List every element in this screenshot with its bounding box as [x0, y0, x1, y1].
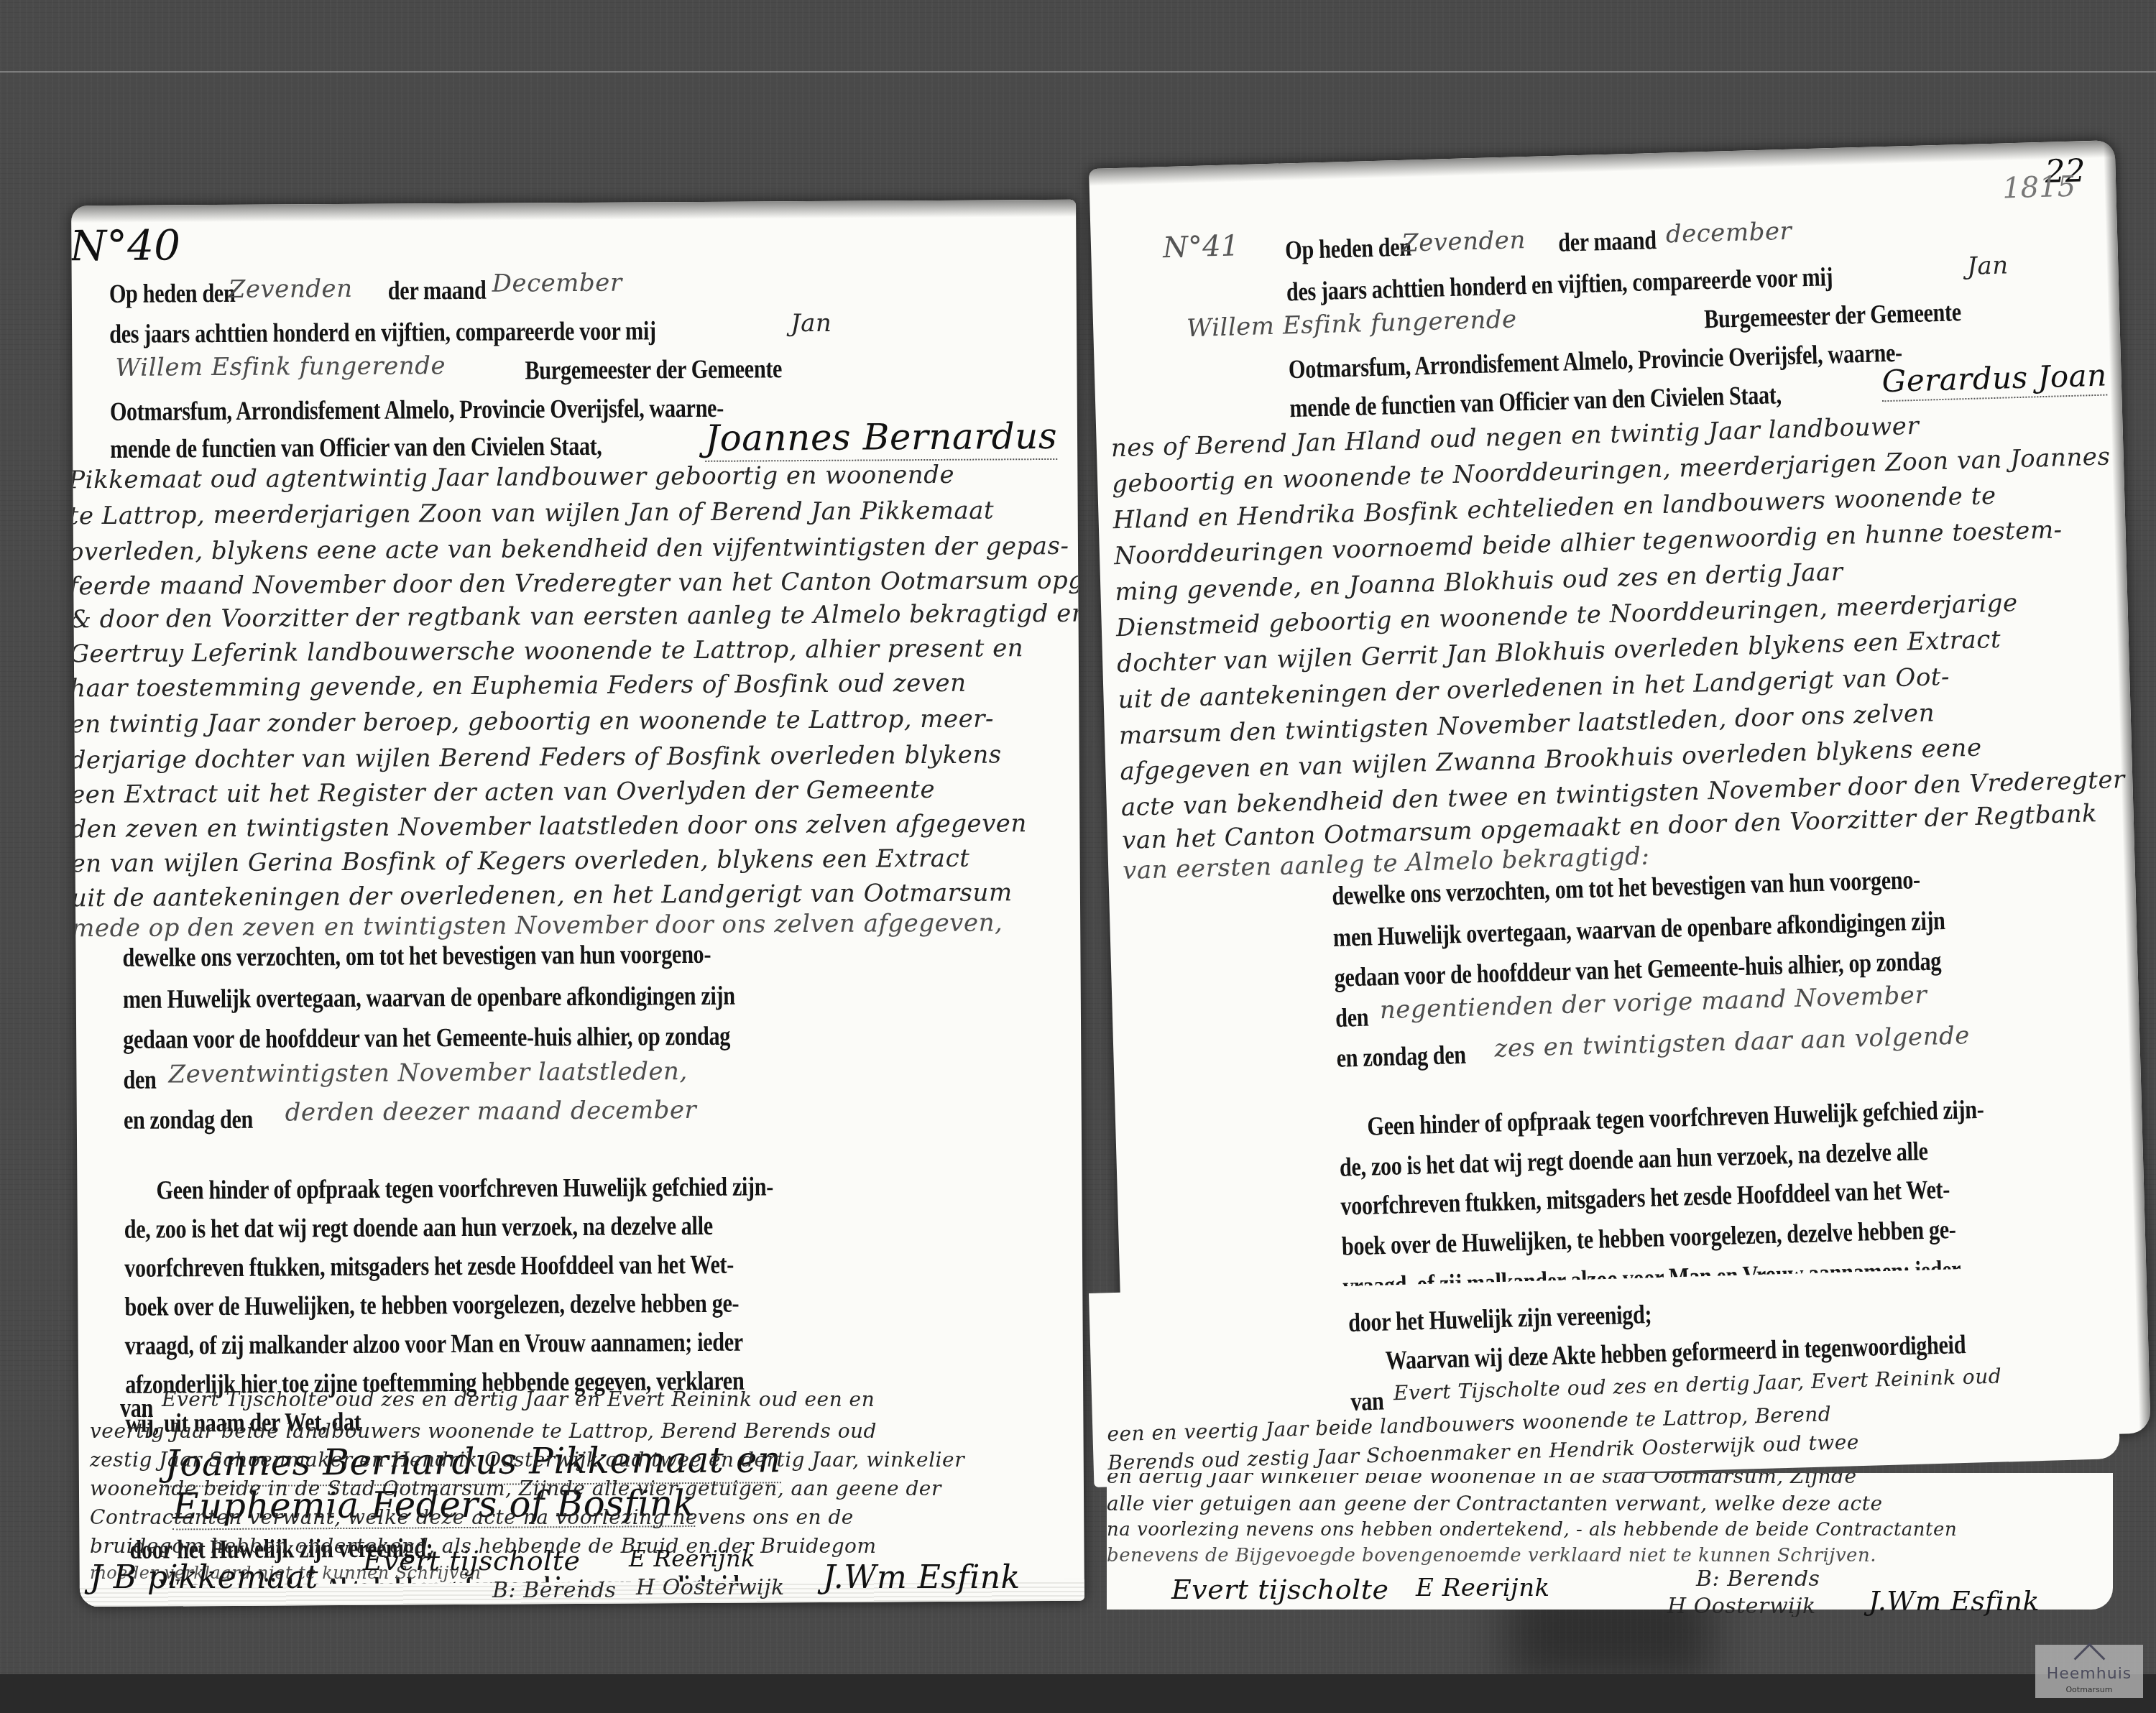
handwritten-line: en twintig Jaar zonder beroep, geboortig…	[71, 704, 994, 739]
handwritten-line: & door den Voorzitter der regtbank van e…	[71, 599, 1084, 634]
printed-line: den	[123, 1065, 156, 1096]
handwritten-month: December	[492, 269, 622, 298]
handwritten-line: derjarige dochter van wijlen Berend Fede…	[71, 740, 1002, 775]
watermark-place: Ootmarsum	[2035, 1685, 2143, 1694]
printed-line: men Huwelijk overtegaan, waarvan de open…	[1332, 905, 1945, 954]
printed-line: en zondag den	[124, 1104, 253, 1136]
handwritten-line: benevens de Bijgevoegde bovengenoemde ve…	[1107, 1545, 1876, 1566]
left-signatures: J B pikkemaat Evert tijscholte E Reerijn…	[75, 1559, 1080, 1610]
printed-line: Geen hinder of opfpraak tegen voorfchrev…	[156, 1171, 773, 1206]
printed-line: Op heden den	[1285, 232, 1412, 267]
signature-witness: H Oosterwijk	[1667, 1594, 1816, 1617]
signature-witness: E Reerijnk	[1416, 1574, 1550, 1602]
handwritten-line: zestig Jaar Schoenmaker en Hendrik Ooste…	[90, 1448, 964, 1472]
printed-line: der maand	[388, 275, 487, 307]
handwritten-groom-name: Gerardus Joan	[1881, 358, 2108, 402]
handwritten-line: Evert Tijscholte oud zes en dertig Jaar …	[162, 1390, 875, 1411]
printed-line: Op heden den	[109, 278, 236, 310]
signature-mayor: J.Wm Esfink	[823, 1559, 1021, 1596]
handwritten-ban-date: zes en twintigsten daar aan volgende	[1494, 1021, 1971, 1063]
signature-witness: Evert tijscholte	[363, 1545, 580, 1576]
handwritten-mayor: Willem Esfink fungerende	[115, 351, 446, 382]
handwritten-ban-date: derden deezer maand december	[285, 1096, 697, 1127]
printed-line: de, zoo is het dat wij regt doende aan h…	[1339, 1136, 1928, 1183]
handwritten-line: den zeven en twintigsten November laatst…	[71, 809, 1027, 844]
printed-line: en zondag den	[1336, 1040, 1466, 1074]
printed-line: Geen hinder of opfpraak tegen voorfchrev…	[1367, 1094, 1984, 1142]
handwritten-line: woonende beide in de Stad Ootmarsum, Zij…	[90, 1477, 941, 1500]
handwritten-line: haar toestemming gevende, en Euphemia Fe…	[71, 669, 967, 703]
right-page: 22 1815 N°41 Op heden den Zevenden der m…	[1089, 140, 2151, 1462]
printed-line: boek over de Huwelijken, te hebben voorg…	[124, 1288, 739, 1323]
signature-witness: B: Berends	[1696, 1566, 1820, 1592]
handwritten-mayor: Willem Esfink fungerende	[1187, 305, 1518, 343]
printed-line: gedaan voor de hoofddeur van het Gemeent…	[123, 1021, 730, 1056]
signature-mayor: J.Wm Esfink	[1869, 1585, 2040, 1617]
printed-line: voorfchreven ftukken, mitsgaders het zes…	[124, 1250, 734, 1284]
handwritten-line: te Lattrop, meerderjarigen Zoon van wijl…	[71, 496, 994, 530]
record-number: N°41	[1162, 229, 1239, 264]
handwritten-line: een Extract uit het Register der acten v…	[71, 775, 935, 809]
handwritten-mayor: Jan	[791, 309, 832, 338]
scanner-bed-edge	[0, 1674, 2156, 1713]
signature-groom: J B pikkemaat	[90, 1559, 318, 1596]
handwritten-day: Zevenden	[229, 274, 353, 304]
record-number: N°40	[71, 221, 180, 270]
printed-line: den	[1335, 1002, 1369, 1034]
handwritten-line: Pikkemaat oud agtentwintig Jaar landbouw…	[71, 461, 954, 495]
handwritten-line: overleden, blykens eene acte van bekendh…	[71, 532, 1069, 566]
printed-line: de, zoo is het dat wij regt doende aan h…	[124, 1211, 713, 1245]
signature-witness: E Reerijnk	[629, 1545, 755, 1572]
handwritten-ban-date: Zeventwintigsten November laatstleden,	[168, 1057, 687, 1089]
printed-line: voorfchreven ftukken, mitsgaders het zes…	[1340, 1174, 1950, 1222]
printed-line: dewelke ons verzochten, om tot het beves…	[122, 939, 711, 974]
right-page-lower: door het Huwelijk zijn vereenigd; Waarva…	[1089, 1265, 2120, 1487]
printed-line: Burgemeester der Gemeente	[1704, 297, 1962, 335]
handwritten-mayor: Jan	[1967, 251, 2009, 281]
printed-line: Ootmarsfum, Arrondisfement Almelo, Provi…	[110, 393, 724, 428]
handwritten-line: Geertruy Leferink landbouwersche woonend…	[71, 634, 1023, 668]
archive-watermark: Heemhuis Ootmarsum	[2035, 1645, 2143, 1698]
handwritten-line: uit de aantekeningen der overledenen, en…	[71, 878, 1013, 913]
printed-line: men Huwelijk overtegaan, waarvan de open…	[123, 981, 735, 1015]
watermark-name: Heemhuis	[2035, 1665, 2143, 1683]
handwritten-line: mede op den zeven en twintigsten Novembe…	[71, 908, 1003, 943]
handwritten-line: na voorlezing nevens ons hebben ondertek…	[1107, 1519, 1957, 1541]
handwritten-line: alle vier getuigen aan geene der Contrac…	[1107, 1492, 1882, 1515]
handwritten-line: en dertig Jaar winkelier beide woonende …	[1107, 1473, 1857, 1488]
printed-line: Burgemeester der Gemeente	[525, 354, 782, 386]
signature-witness: H Oosterwijk	[636, 1575, 785, 1600]
scan-artifact-line	[0, 71, 2156, 73]
handwritten-groom-name: Joannes Bernardus	[705, 415, 1057, 462]
printed-line: door het Huwelijk zijn vereenigd;	[1348, 1299, 1652, 1339]
handwritten-day: Zevenden	[1401, 226, 1526, 258]
printed-line: vraagd, of zij malkander alzoo voor Man …	[125, 1327, 743, 1362]
printed-line: des jaars achttien honderd en vijftien, …	[109, 315, 656, 350]
right-page-witness-cont: en dertig Jaar winkelier beide woonende …	[1107, 1473, 2113, 1617]
printed-line: der maand	[1558, 225, 1657, 259]
signature-witness: B: Berends	[492, 1578, 617, 1603]
handwritten-line: feerde maand November door den Vrederegt…	[71, 565, 1084, 601]
handwritten-month: december	[1665, 217, 1792, 249]
signature-witness: Evert tijscholte	[1171, 1574, 1388, 1605]
printed-line: Ootmarsfum, Arrondisfement Almelo, Provi…	[1288, 338, 1902, 386]
year-note: 1815	[2002, 170, 2076, 206]
printed-line: mende de functien van Officier van den C…	[110, 431, 602, 465]
printed-line: des jaars achttien honderd en vijftien, …	[1286, 262, 1833, 308]
handwritten-line: veertig Jaar beide landbouwers woonende …	[90, 1419, 877, 1443]
handwritten-line: en van wijlen Gerina Bosfink of Kegers o…	[71, 844, 969, 879]
handwritten-line: Contractanten verwant, welke deze acte n…	[90, 1505, 854, 1529]
printed-line: boek over de Huwelijken, te hebben voorg…	[1341, 1214, 1956, 1262]
printed-line: van	[1350, 1386, 1384, 1418]
